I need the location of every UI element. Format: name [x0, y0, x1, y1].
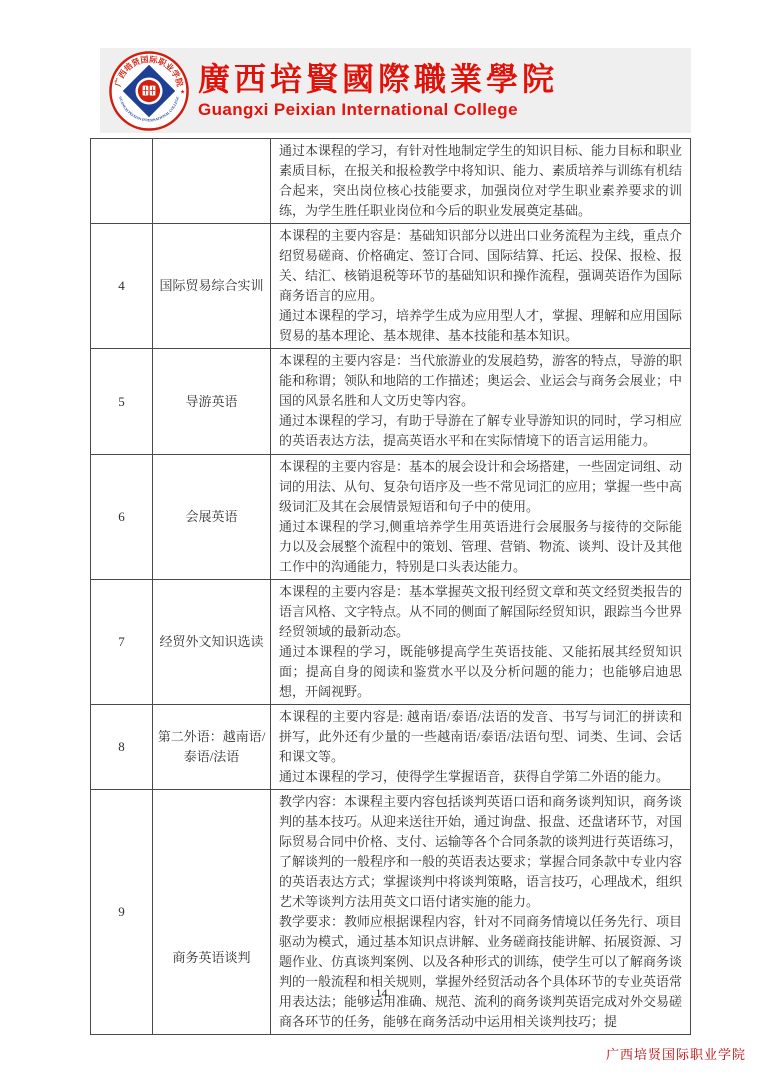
- college-seal-icon: 广西培贤国际职业学院 GUANGXI PEIXIAN INTERNATIONAL…: [108, 50, 190, 132]
- course-name-cell: 经贸外文知识选读: [153, 580, 271, 705]
- seal-star: ★: [180, 88, 185, 95]
- course-number-cell: 5: [91, 349, 153, 455]
- description-paragraph: 本课程的主要内容是：基础知识部分以进出口业务流程为主线，重点介绍贸易磋商、价格确…: [279, 226, 682, 306]
- course-description-cell: 本课程的主要内容是: 越南语/泰语/法语的发音、书写与词汇的拼读和拼写，此外还有…: [271, 705, 691, 790]
- college-logo: 广西培贤国际职业学院 GUANGXI PEIXIAN INTERNATIONAL…: [108, 50, 190, 132]
- course-table: 通过本课程的学习，有针对性地制定学生的知识目标、能力目标和职业素质目标，在报关和…: [90, 138, 691, 1035]
- course-description-cell: 本课程的主要内容是：基础知识部分以进出口业务流程为主线，重点介绍贸易磋商、价格确…: [271, 224, 691, 349]
- description-paragraph: 通过本课程的学习,侧重培养学生用英语进行会展服务与接待的交际能力以及会展整个流程…: [279, 517, 682, 577]
- course-description-cell: 本课程的主要内容是：基本掌握英文报刊经贸文章和英文经贸类报告的语言风格、文字特点…: [271, 580, 691, 705]
- footer-college-name: 广西培贤国际职业学院: [606, 1044, 746, 1063]
- description-paragraph: 通过本课程的学习，有针对性地制定学生的知识目标、能力目标和职业素质目标，在报关和…: [279, 141, 682, 221]
- course-description-cell: 本课程的主要内容是：当代旅游业的发展趋势，游客的特点，导游的职能和称谓；领队和地…: [271, 349, 691, 455]
- description-paragraph: 本课程的主要内容是：基本的展会设计和会场搭建，一些固定词组、动词的用法、从句、复…: [279, 457, 682, 517]
- table-row-continued: 通过本课程的学习，有针对性地制定学生的知识目标、能力目标和职业素质目标，在报关和…: [91, 139, 691, 224]
- page-number: 14: [0, 986, 763, 1001]
- college-name-en: Guangxi Peixian International College: [198, 100, 691, 120]
- description-paragraph: 通过本课程的学习，有助于导游在了解专业导游知识的同时，学习相应的英语表达方法，提…: [279, 411, 682, 451]
- course-name-cell: 会展英语: [153, 455, 271, 580]
- course-name-cell: 国际贸易综合实训: [153, 224, 271, 349]
- description-paragraph: 本课程的主要内容是：当代旅游业的发展趋势，游客的特点，导游的职能和称谓；领队和地…: [279, 351, 682, 411]
- course-description-cell: 通过本课程的学习，有针对性地制定学生的知识目标、能力目标和职业素质目标，在报关和…: [271, 139, 691, 224]
- table-row-5: 5 导游英语 本课程的主要内容是：当代旅游业的发展趋势，游客的特点，导游的职能和…: [91, 349, 691, 455]
- description-paragraph: 通过本课程的学习，使得学生掌握语音，获得自学第二外语的能力。: [279, 767, 682, 787]
- description-paragraph: 教学要求：教师应根据课程内容，针对不同商务情境以任务先行、项目驱动为模式，通过基…: [279, 912, 682, 1032]
- course-number-cell: [91, 139, 153, 224]
- description-paragraph: 本课程的主要内容是：基本掌握英文报刊经贸文章和英文经贸类报告的语言风格、文字特点…: [279, 582, 682, 642]
- college-header-banner: 广西培贤国际职业学院 GUANGXI PEIXIAN INTERNATIONAL…: [100, 48, 691, 133]
- description-paragraph: 通过本课程的学习，培养学生成为应用型人才，掌握、理解和应用国际贸易的基本理论、基…: [279, 306, 682, 346]
- course-number-cell: 7: [91, 580, 153, 705]
- course-name-cell: [153, 139, 271, 224]
- course-name-cell: 导游英语: [153, 349, 271, 455]
- course-number-cell: 4: [91, 224, 153, 349]
- table-row-6: 6 会展英语 本课程的主要内容是：基本的展会设计和会场搭建，一些固定词组、动词的…: [91, 455, 691, 580]
- course-number-cell: 6: [91, 455, 153, 580]
- description-paragraph: 本课程的主要内容是: 越南语/泰语/法语的发音、书写与词汇的拼读和拼写，此外还有…: [279, 707, 682, 767]
- course-description-cell: 本课程的主要内容是：基本的展会设计和会场搭建，一些固定词组、动词的用法、从句、复…: [271, 455, 691, 580]
- seal-center-disc: [138, 79, 160, 101]
- course-number-cell: 8: [91, 705, 153, 790]
- table-row-8: 8 第二外语：越南语/泰语/法语 本课程的主要内容是: 越南语/泰语/法语的发音…: [91, 705, 691, 790]
- college-titles: 廣西培賢國際職業學院 Guangxi Peixian International…: [198, 61, 691, 120]
- course-table-container: 通过本课程的学习，有针对性地制定学生的知识目标、能力目标和职业素质目标，在报关和…: [90, 138, 692, 1035]
- course-name-cell: 第二外语：越南语/泰语/法语: [153, 705, 271, 790]
- table-row-4: 4 国际贸易综合实训 本课程的主要内容是：基础知识部分以进出口业务流程为主线，重…: [91, 224, 691, 349]
- description-paragraph: 教学内容：本课程主要内容包括谈判英语口语和商务谈判知识，商务谈判的基本技巧。从迎…: [279, 792, 682, 912]
- table-row-7: 7 经贸外文知识选读 本课程的主要内容是：基本掌握英文报刊经贸文章和英文经贸类报…: [91, 580, 691, 705]
- college-name-zh: 廣西培賢國際職業學院: [198, 61, 691, 97]
- description-paragraph: 通过本课程的学习，既能够提高学生英语技能、又能拓展其经贸知识面；提高自身的阅读和…: [279, 642, 682, 702]
